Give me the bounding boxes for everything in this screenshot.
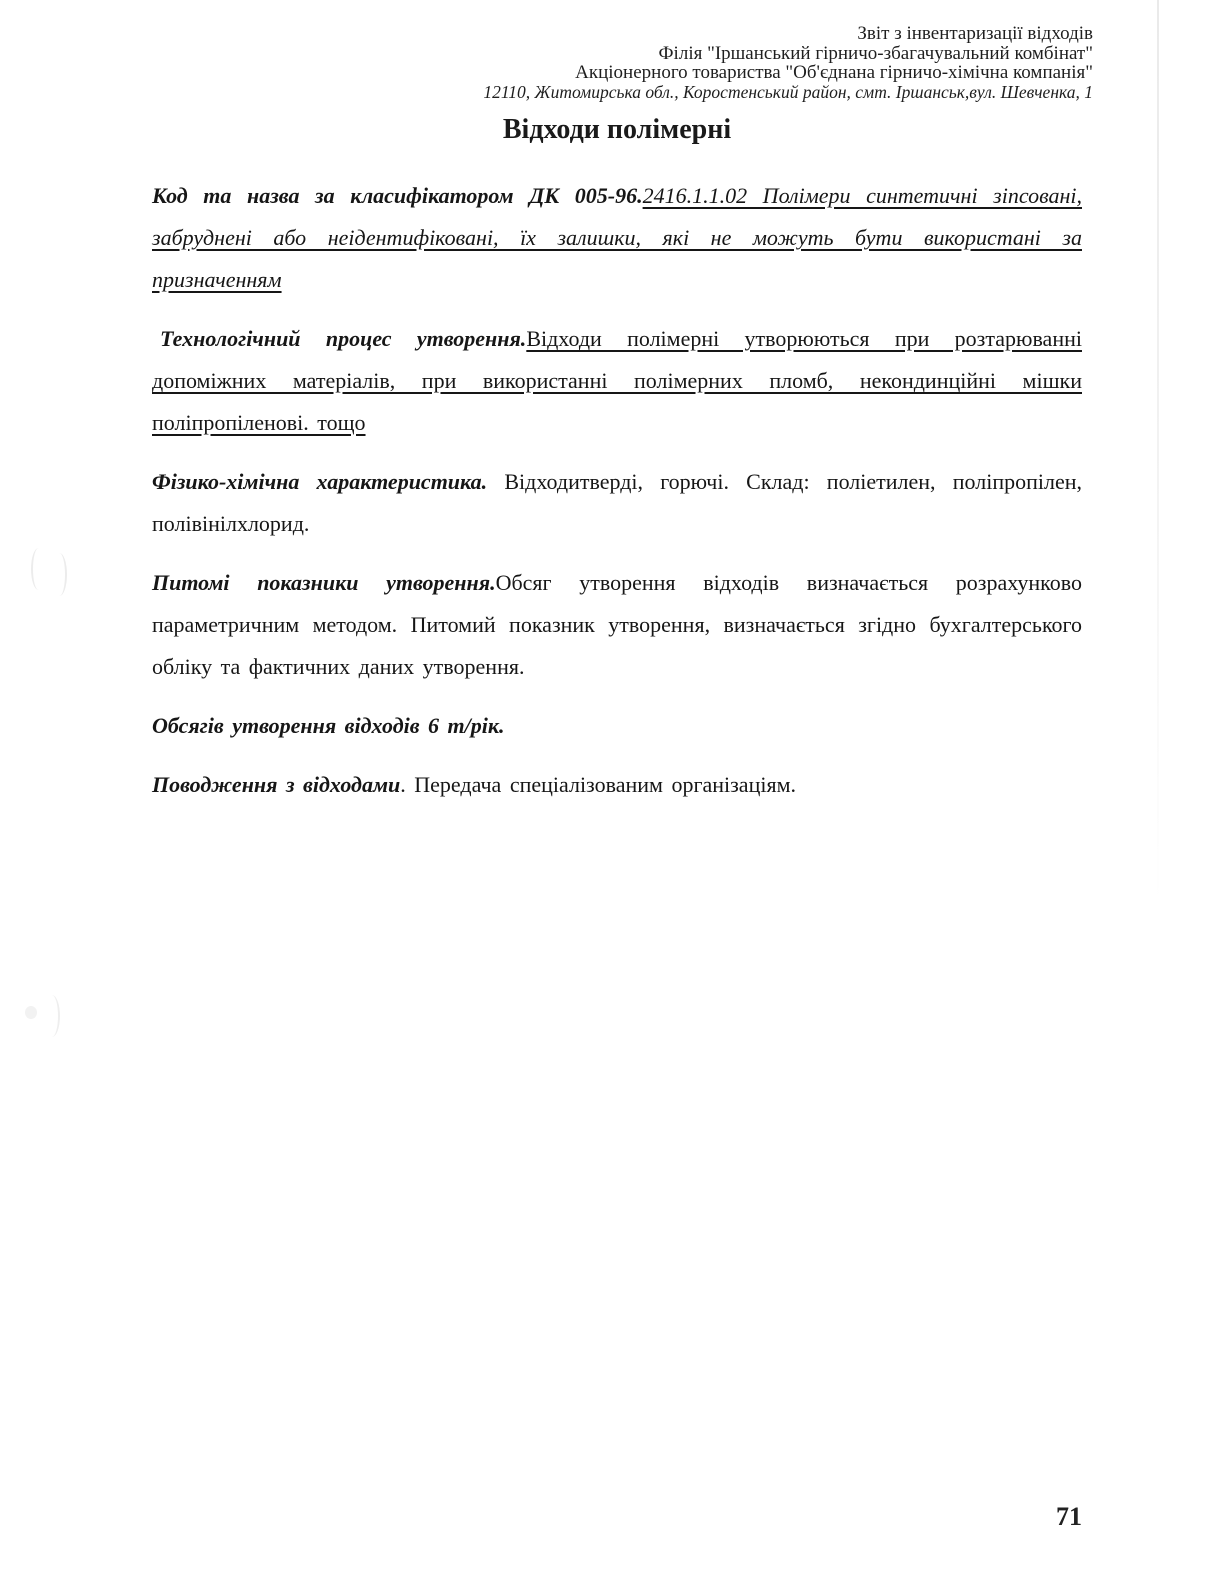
- classification-label: Код та назва за класифікатором ДК 005-96…: [152, 183, 643, 208]
- process-label: Технологічний процес утворення.: [160, 326, 526, 351]
- letterhead-company-name: Акціонерного товариства "Об'єднана гірни…: [483, 63, 1093, 83]
- specific-indicators-paragraph: Питомі показники утворення.Обсяг утворен…: [152, 562, 1082, 688]
- characteristics-paragraph: Фізико-хімічна характеристика. Відходитв…: [152, 461, 1082, 545]
- volume-paragraph: Обсягів утворення відходів 6 т/рік.: [152, 705, 1082, 747]
- handling-value: . Передача спеціалізованим організаціям.: [400, 772, 796, 797]
- handling-label: Поводження з відходами: [152, 772, 400, 797]
- process-paragraph: Технологічний процес утворення.Відходи п…: [152, 318, 1082, 444]
- page-number: 71: [152, 1504, 1082, 1530]
- scan-artifact-right-paren-lower: [44, 995, 60, 1037]
- document-body: Код та назва за класифікатором ДК 005-96…: [152, 175, 1082, 823]
- scan-artifact-smudge: [25, 1006, 37, 1019]
- characteristics-label: Фізико-хімічна характеристика.: [152, 469, 487, 494]
- page-title: Відходи полімерні: [152, 114, 1082, 146]
- scan-artifact-left-paren: [31, 548, 46, 590]
- scan-artifact-edge-line: [1157, 0, 1159, 905]
- volume-statement: Обсягів утворення відходів 6 т/рік.: [152, 713, 505, 738]
- handling-paragraph: Поводження з відходами. Передача спеціал…: [152, 764, 1082, 806]
- specific-indicators-label: Питомі показники утворення.: [152, 570, 496, 595]
- letterhead-address: 12110, Житомирська обл., Коростенський р…: [483, 83, 1093, 103]
- document-page: Звіт з інвентаризації відходів Філія "Ір…: [0, 0, 1219, 1574]
- scan-artifact-right-paren: [52, 553, 67, 596]
- letterhead: Звіт з інвентаризації відходів Філія "Ір…: [483, 24, 1093, 102]
- classification-paragraph: Код та назва за класифікатором ДК 005-96…: [152, 175, 1082, 301]
- letterhead-branch-name: Філія "Іршанський гірничо-збагачувальний…: [483, 44, 1093, 64]
- letterhead-report-title: Звіт з інвентаризації відходів: [483, 24, 1093, 44]
